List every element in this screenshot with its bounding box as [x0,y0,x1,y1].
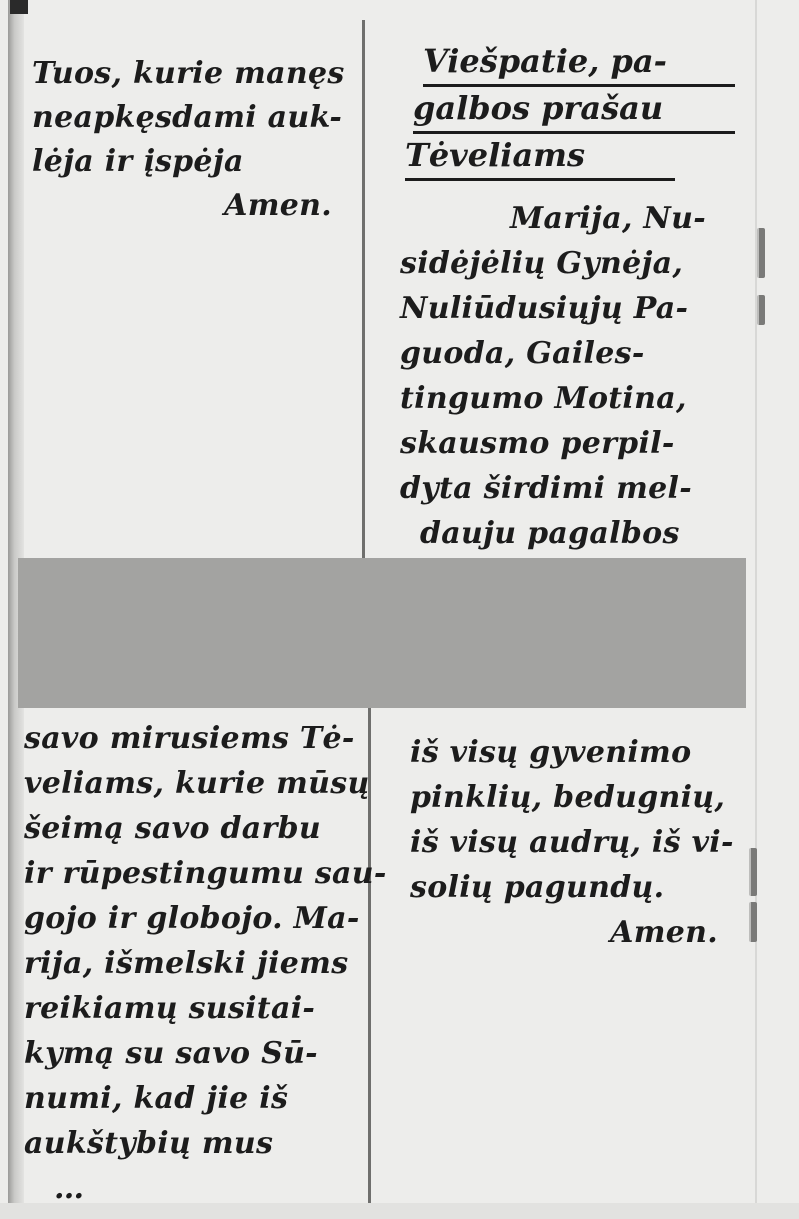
staple-top-upper [757,228,765,278]
text-line: sidėjėlių Gynėja, [400,241,740,286]
scanned-page: Tuos, kurie manęs neapkęsdami auk- lėja … [0,0,799,1203]
text-line: ir rūpestingumu sau- [24,851,369,896]
staple-top-lower [757,295,765,325]
text-line: aukštybių mus [24,1121,369,1166]
text-line: savo mirusiems Tė- [24,716,369,761]
text-line: solių pagundų. [410,865,740,910]
prayer-title: Viešpatie, pa- galbos prašau Tėveliams [405,40,735,181]
title-line: Viešpatie, pa- [423,40,735,87]
redaction-bar [18,558,746,708]
amen-line: Amen. [410,910,740,955]
bottom-left-text: savo mirusiems Tė- veliams, kurie mūsų š… [24,716,369,1211]
scan-bottom-margin [0,1203,799,1219]
text-line: iš visų gyvenimo [410,730,740,775]
staple-bottom-upper [749,848,757,896]
text-line: veliams, kurie mūsų [24,761,369,806]
top-left-text: Tuos, kurie manęs neapkęsdami auk- lėja … [32,52,352,228]
text-line: tingumo Motina, [400,376,740,421]
staple-bottom-lower [749,902,757,942]
text-line: rija, išmelski jiems [24,941,369,986]
bottom-right-text: iš visų gyvenimo pinklių, bedugnių, iš v… [410,730,740,955]
text-line: skausmo perpil- [400,421,740,466]
page-right-edge [755,0,757,1203]
text-line: dyta širdimi mel- [400,466,740,511]
text-line: reikiamų susitai- [24,986,369,1031]
top-right-text: Marija, Nu- sidėjėlių Gynėja, Nuliūdusių… [400,196,740,556]
text-line: Tuos, kurie manęs [32,52,352,96]
text-line: dauju pagalbos [400,511,740,556]
text-line: pinklių, bedugnių, [410,775,740,820]
text-line: šeimą savo darbu [24,806,369,851]
text-line: neapkęsdami auk- [32,96,352,140]
binding-shadow [10,0,28,14]
text-line: numi, kad jie iš [24,1076,369,1121]
column-divider-top [362,20,365,560]
amen-line: Amen. [32,184,352,228]
title-line: galbos prašau [413,87,735,134]
text-line: guoda, Gailes- [400,331,740,376]
text-line: Nuliūdusiųjų Pa- [400,286,740,331]
text-line: gojo ir globojo. Ma- [24,896,369,941]
text-line: kymą su savo Sū- [24,1031,369,1076]
text-line: lėja ir įspėja [32,140,352,184]
text-line: Marija, Nu- [400,196,740,241]
title-line: Tėveliams [405,134,675,181]
text-line: iš visų audrų, iš vi- [410,820,740,865]
